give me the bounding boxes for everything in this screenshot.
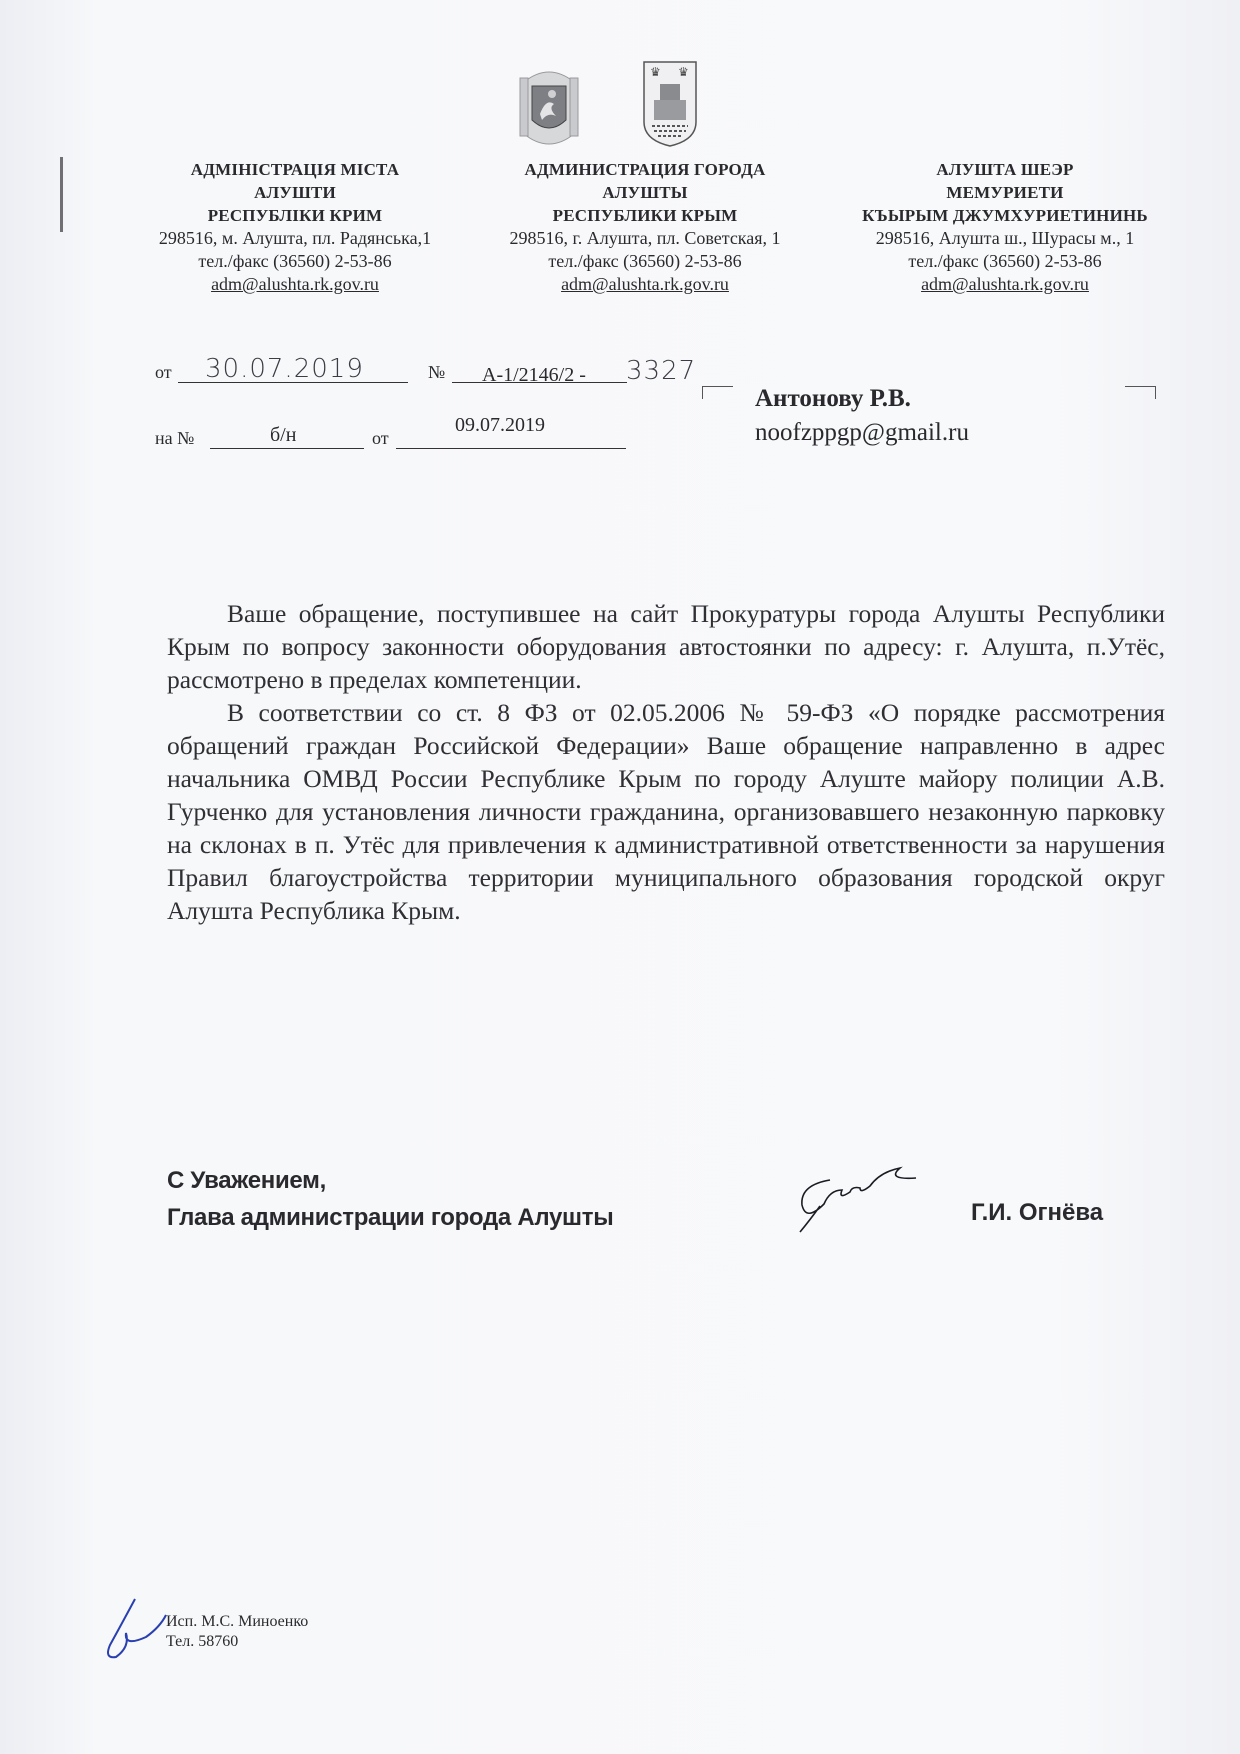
org-email-link[interactable]: adm@alushta.rk.gov.ru [480, 273, 810, 296]
org-address: 298516, Алушта ш., Шурасы м., 1 [840, 227, 1170, 250]
letterhead-column-crh: АЛУШТА ШЕЭР МЕМУРИЕТИ КЪЫРЫМ ДЖУМХУРИЕТИ… [840, 158, 1170, 296]
org-title-line: РЕСПУБЛИКИ КРЫМ [480, 204, 810, 227]
org-title-line: АЛУШТИ [140, 181, 450, 204]
outgoing-number-handwritten: 3327 [626, 356, 696, 386]
org-address: 298516, г. Алушта, пл. Советская, 1 [480, 227, 810, 250]
address-corner-left [702, 386, 733, 399]
svg-text:♛: ♛ [678, 65, 689, 79]
org-title-line: АЛУШТЫ [480, 181, 810, 204]
recipient-name: Антонову Р.В. [755, 382, 969, 416]
org-title-line: КЪЫРЫМ ДЖУМХУРИЕТИНИНЬ [840, 204, 1170, 227]
org-title-line: АДМИНИСТРАЦИЯ ГОРОДА [480, 158, 810, 181]
signature-icon [790, 1160, 930, 1240]
closing-block: С Уважением, Глава администрации города … [167, 1162, 613, 1236]
executor-name: Исп. М.С. Миноенко [166, 1612, 308, 1632]
org-phone: тел./факс (36560) 2-53-86 [480, 250, 810, 273]
alushta-coat-of-arms-icon: ♛ ♛ [640, 58, 700, 150]
outgoing-date: 30.07.2019 [205, 354, 364, 384]
crimea-coat-of-arms-icon [518, 64, 580, 150]
scan-edge-mark [60, 157, 63, 232]
closing-salutation: С Уважением, [167, 1162, 613, 1199]
org-title-line: РЕСПУБЛІКИ КРИМ [140, 204, 450, 227]
ref-number-label: на № [155, 428, 194, 449]
org-address: 298516, м. Алушта, пл. Радянська,1 [140, 227, 450, 250]
org-title-line: АДМІНІСТРАЦІЯ МІСТА [140, 158, 450, 181]
ref-number-line [210, 448, 364, 449]
executor-phone: Тел. 58760 [166, 1632, 308, 1652]
svg-text:♛: ♛ [650, 65, 661, 79]
recipient-block: Антонову Р.В. noofzppgp@gmail.ru [755, 382, 969, 450]
org-title-line: МЕМУРИЕТИ [840, 181, 1170, 204]
from-label: от [155, 362, 172, 383]
org-phone: тел./факс (36560) 2-53-86 [140, 250, 450, 273]
outgoing-number: А-1/2146/2 - [482, 364, 586, 387]
number-label: № [428, 362, 445, 383]
ref-date-line [396, 448, 626, 449]
letterhead-column-uk: АДМІНІСТРАЦІЯ МІСТА АЛУШТИ РЕСПУБЛІКИ КР… [140, 158, 450, 296]
recipient-email-link[interactable]: noofzppgp@gmail.ru [755, 416, 969, 450]
signer-name: Г.И. Огнёва [971, 1199, 1103, 1227]
org-phone: тел./факс (36560) 2-53-86 [840, 250, 1170, 273]
executor-block: Исп. М.С. Миноенко Тел. 58760 [166, 1612, 308, 1652]
org-email-link[interactable]: adm@alushta.rk.gov.ru [840, 273, 1170, 296]
body-paragraph: В соответствии со ст. 8 ФЗ от 02.05.2006… [167, 696, 1165, 927]
ref-date: 09.07.2019 [455, 414, 545, 437]
signer-position: Глава администрации города Алушты [167, 1199, 613, 1236]
emblems: ♛ ♛ [518, 62, 738, 162]
org-email-link[interactable]: adm@alushta.rk.gov.ru [140, 273, 450, 296]
body-paragraph: Ваше обращение, поступившее на сайт Прок… [167, 597, 1165, 696]
executor-initials-icon [100, 1597, 170, 1667]
ref-number: б/н [270, 424, 296, 447]
ref-from-label: от [372, 428, 389, 449]
letter-body: Ваше обращение, поступившее на сайт Прок… [167, 597, 1165, 927]
address-corner-right [1125, 386, 1156, 399]
letterhead-column-ru: АДМИНИСТРАЦИЯ ГОРОДА АЛУШТЫ РЕСПУБЛИКИ К… [480, 158, 810, 296]
org-title-line: АЛУШТА ШЕЭР [840, 158, 1170, 181]
